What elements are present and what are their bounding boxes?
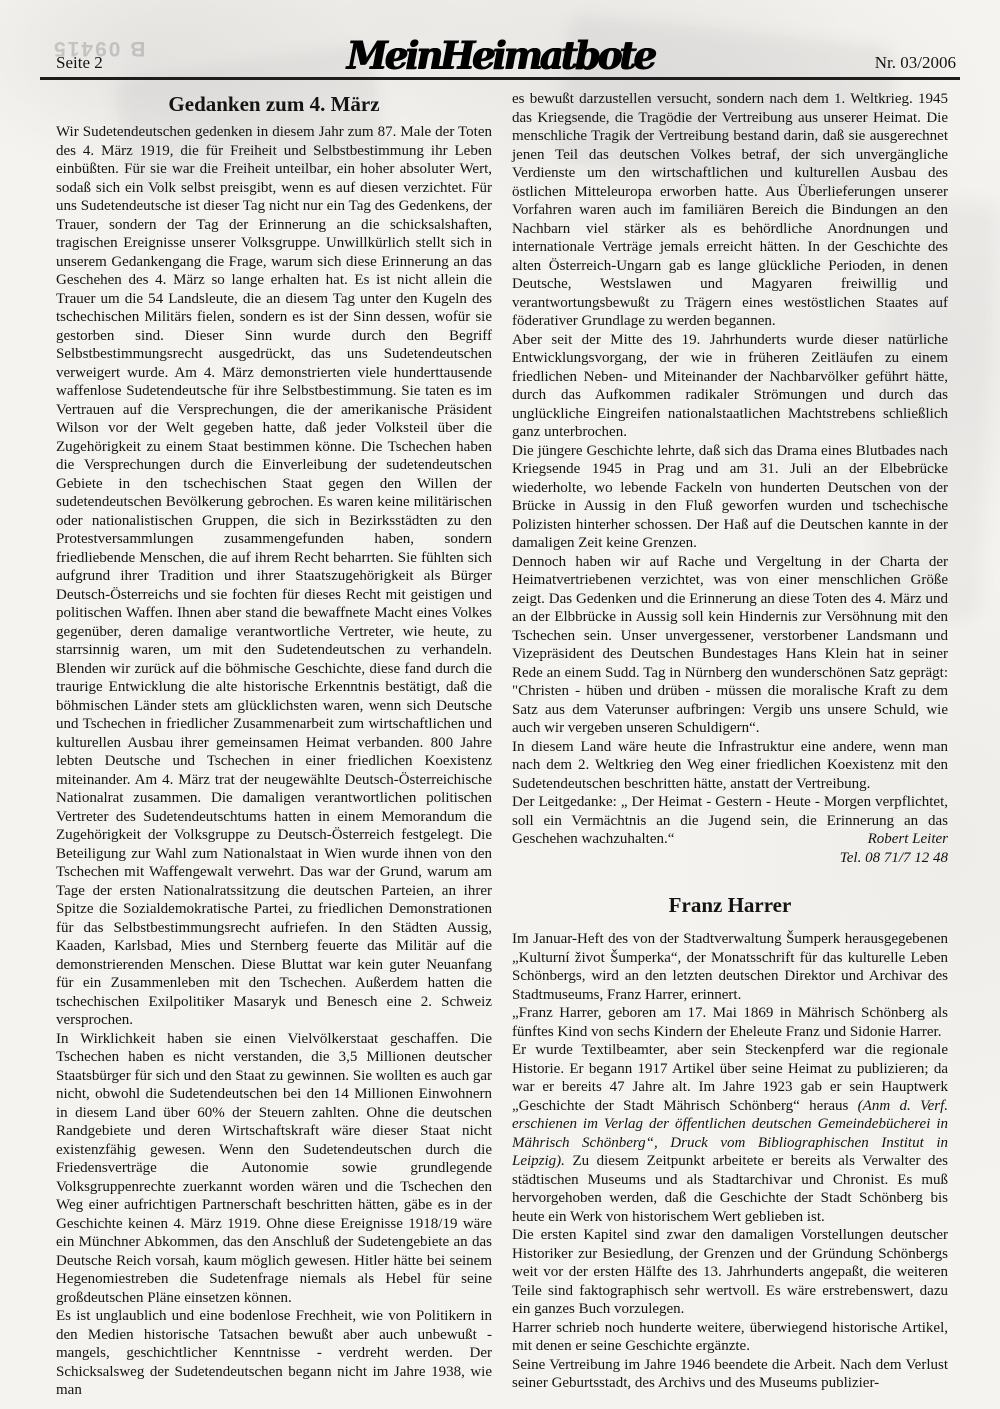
article-paragraph: Seine Vertreibung im Jahre 1946 beendete… — [512, 1356, 948, 1393]
issue-number-label: Nr. 03/2006 — [875, 53, 956, 73]
article-paragraph: Es ist unglaublich und eine bodenlose Fr… — [56, 1307, 492, 1400]
article-paragraph: Harrer schrieb noch hunderte weitere, üb… — [512, 1319, 948, 1356]
article-paragraph: Er wurde Textilbeamter, aber sein Stecke… — [512, 1041, 948, 1226]
article-paragraph: „Franz Harrer, geboren am 17. Mai 1869 i… — [512, 1004, 948, 1041]
article1-right-body: es bewußt darzustellen versucht, sondern… — [512, 90, 948, 849]
masthead-title: Mein Heimatbote — [40, 34, 960, 76]
article1-left-body: Wir Sudetendeutschen gedenken in diesem … — [56, 123, 492, 1400]
article-paragraph: Dennoch haben wir auf Rache und Vergeltu… — [512, 553, 948, 738]
article-paragraph: Im Januar-Heft des von der Stadtverwaltu… — [512, 930, 948, 1004]
article2-body: Im Januar-Heft des von der Stadtverwaltu… — [512, 930, 948, 1393]
signature-phone: Tel. 08 71/7 12 48 — [512, 849, 948, 868]
article-paragraph: In diesem Land wäre heute die Infrastruk… — [512, 738, 948, 794]
article-paragraph: Die ersten Kapitel sind zwar den damalig… — [512, 1226, 948, 1319]
article-paragraph: Wir Sudetendeutschen gedenken in diesem … — [56, 123, 492, 1030]
article-paragraph: Die jüngere Geschichte lehrte, daß sich … — [512, 442, 948, 553]
article-paragraph: es bewußt darzustellen versucht, sondern… — [512, 90, 948, 331]
page-header: Seite 2 Mein Heimatbote Nr. 03/2006 — [40, 0, 960, 80]
newspaper-page: B 09415 Seite 2 Mein Heimatbote Nr. 03/2… — [0, 0, 1000, 1409]
left-column: Gedanken zum 4. März Wir Sudetendeutsche… — [56, 90, 492, 1400]
page-content: Gedanken zum 4. März Wir Sudetendeutsche… — [56, 90, 948, 1400]
article-paragraph: Aber seit der Mitte des 19. Jahrhunderts… — [512, 331, 948, 442]
right-column: es bewußt darzustellen versucht, sondern… — [512, 90, 948, 1400]
article-paragraph: In Wirklichkeit haben sie einen Vielvölk… — [56, 1030, 492, 1308]
article2-title: Franz Harrer — [512, 893, 948, 917]
article1-title: Gedanken zum 4. März — [56, 92, 492, 116]
